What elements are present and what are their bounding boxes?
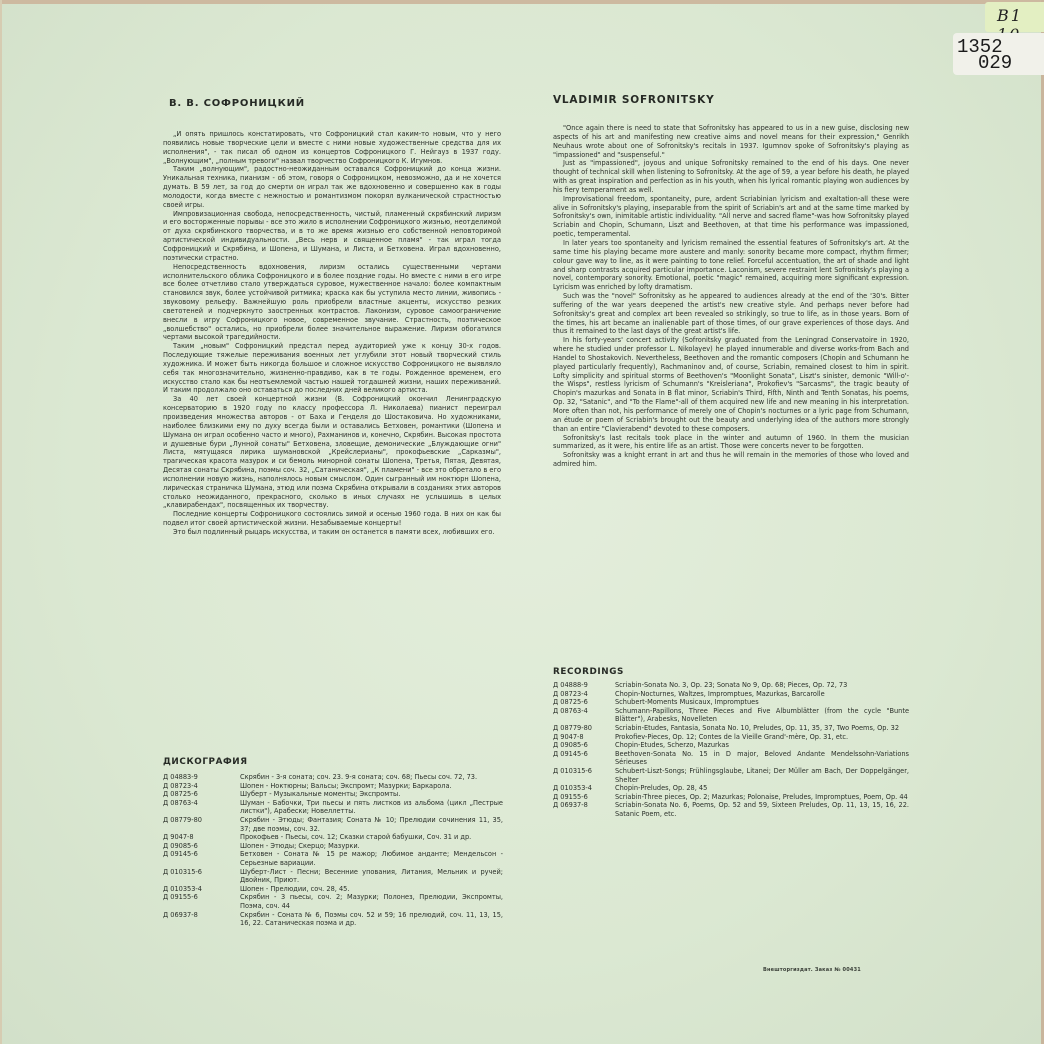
catalog-number: Д 08779-80 bbox=[163, 816, 240, 833]
catalog-sticker: 1352 029 bbox=[953, 33, 1044, 75]
paragraph: Таким „волнующим", радостно-неожиданным … bbox=[163, 165, 501, 209]
catalog-number: Д 09145-6 bbox=[553, 750, 615, 767]
recording-description: Шопен - Ноктюрны; Вальсы; Экспромт; Мазу… bbox=[240, 782, 503, 791]
catalog-number: Д 09085-6 bbox=[553, 741, 615, 750]
english-recordings-list: Д 04888-9Scriabin-Sonata No. 3, Op. 23; … bbox=[553, 681, 909, 819]
recording-description: Скрябин - Этюды; Фантазия; Соната № 10; … bbox=[240, 816, 503, 833]
paragraph: Таким „новым" Софроницкий предстал перед… bbox=[163, 342, 501, 395]
discography-entry: Д 9047-8Prokofiev-Pieces, Op. 12; Contes… bbox=[553, 733, 909, 742]
discography-entry: Д 010315-6Шуберт-Лист - Песни; Весенние … bbox=[163, 868, 503, 885]
discography-entry: Д 09085-6Chopin-Etudes, Scherzo, Mazurka… bbox=[553, 741, 909, 750]
discography-entry: Д 9047-8Прокофьев - Пьесы, соч. 12; Сказ… bbox=[163, 833, 503, 842]
recording-description: Scriabin-Sonata No. 3, Op. 23; Sonata No… bbox=[615, 681, 909, 690]
russian-discography-title: ДИСКОГРАФИЯ bbox=[163, 757, 248, 767]
recording-description: Beethoven-Sonata No. 15 in D major, Belo… bbox=[615, 750, 909, 767]
recording-description: Шопен - Этюды; Скерцо; Мазурки. bbox=[240, 842, 503, 851]
recording-description: Schubert-Moments Musicaux, Impromptues bbox=[615, 698, 909, 707]
discography-entry: Д 08725-6Шуберт - Музыкальные моменты; Э… bbox=[163, 790, 503, 799]
discography-entry: Д 09085-6Шопен - Этюды; Скерцо; Мазурки. bbox=[163, 842, 503, 851]
discography-entry: Д 010353-4Шопен - Прелюдии, соч. 28, 45. bbox=[163, 885, 503, 894]
catalog-number: Д 06937-8 bbox=[553, 801, 615, 818]
english-title: VLADIMIR SOFRONITSKY bbox=[553, 94, 715, 106]
discography-entry: Д 06937-8Scriabin-Sonata No. 6, Poems, O… bbox=[553, 801, 909, 818]
catalog-number: Д 09155-6 bbox=[553, 793, 615, 802]
recording-description: Шуберт - Музыкальные моменты; Экспромты. bbox=[240, 790, 503, 799]
paragraph: Импровизационная свобода, непосредственн… bbox=[163, 210, 501, 263]
sleeve-left-edge bbox=[0, 0, 2, 1044]
discography-entry: Д 08763-4Schumann-Papillons, Three Piece… bbox=[553, 707, 909, 724]
recording-description: Скрябин - Соната № 6, Поэмы соч. 52 и 59… bbox=[240, 911, 503, 928]
catalog-number: Д 04883-9 bbox=[163, 773, 240, 782]
catalog-number: Д 09155-6 bbox=[163, 893, 240, 910]
discography-entry: Д 010315-6Schubert-Liszt-Songs; Frühling… bbox=[553, 767, 909, 784]
recording-description: Шуман - Бабочки, Три пьесы и пять листко… bbox=[240, 799, 503, 816]
recording-description: Schumann-Papillons, Three Pieces and Fiv… bbox=[615, 707, 909, 724]
discography-entry: Д 04888-9Scriabin-Sonata No. 3, Op. 23; … bbox=[553, 681, 909, 690]
paragraph: За 40 лет своей концертной жизни (В. Соф… bbox=[163, 395, 501, 510]
paragraph: In later years too spontaneity and lyric… bbox=[553, 239, 909, 292]
catalog-number: Д 08725-6 bbox=[163, 790, 240, 799]
paragraph: „И опять пришлось констатировать, что Со… bbox=[163, 130, 501, 165]
discography-entry: Д 08723-4Шопен - Ноктюрны; Вальсы; Экспр… bbox=[163, 782, 503, 791]
catalog-number: Д 010315-6 bbox=[553, 767, 615, 784]
catalog-number: Д 010353-4 bbox=[163, 885, 240, 894]
paragraph: Such was the "novel" Sofronitsky as he a… bbox=[553, 292, 909, 336]
catalog-number: Д 010315-6 bbox=[163, 868, 240, 885]
paragraph: Sofronitsky's last recitals took place i… bbox=[553, 434, 909, 452]
recording-description: Chopin-Nocturnes, Waltzes, Impromptues, … bbox=[615, 690, 909, 699]
recording-description: Scriabin-Three pieces, Op. 2; Mazurkas; … bbox=[615, 793, 909, 802]
catalog-number: Д 09145-6 bbox=[163, 850, 240, 867]
discography-entry: Д 04883-9Скрябин - 3-я соната; соч. 23. … bbox=[163, 773, 503, 782]
catalog-number: Д 08763-4 bbox=[553, 707, 615, 724]
recording-description: Scriabin-Etudes, Fantasia, Sonata No. 10… bbox=[615, 724, 909, 733]
discography-entry: Д 09145-6Beethoven-Sonata No. 15 in D ma… bbox=[553, 750, 909, 767]
catalog-number: Д 09085-6 bbox=[163, 842, 240, 851]
paragraph: Непосредственность вдохновения, лиризм о… bbox=[163, 263, 501, 343]
discography-entry: Д 09155-6Скрябин - 3 пьесы, соч. 2; Мазу… bbox=[163, 893, 503, 910]
catalog-number: Д 06937-8 bbox=[163, 911, 240, 928]
recording-description: Прокофьев - Пьесы, соч. 12; Сказки старо… bbox=[240, 833, 503, 842]
russian-biography: „И опять пришлось констатировать, что Со… bbox=[163, 130, 501, 537]
recording-description: Скрябин - 3 пьесы, соч. 2; Мазурки; Поло… bbox=[240, 893, 503, 910]
sleeve-top-edge bbox=[0, 0, 1044, 4]
catalog-number: Д 08723-4 bbox=[553, 690, 615, 699]
paragraph: Последние концерты Софроницкого состояли… bbox=[163, 510, 501, 528]
catalog-number: Д 08763-4 bbox=[163, 799, 240, 816]
paragraph: "Once again there is need to state that … bbox=[553, 124, 909, 159]
recording-description: Шопен - Прелюдии, соч. 28, 45. bbox=[240, 885, 503, 894]
russian-title: В. В. СОФРОНИЦКИЙ bbox=[169, 98, 305, 109]
record-sleeve-back: В1 10 1352 029 В. В. СОФРОНИЦКИЙ „И опят… bbox=[0, 0, 1044, 1044]
english-recordings-title: RECORDINGS bbox=[553, 667, 624, 677]
discography-entry: Д 08779-80Scriabin-Etudes, Fantasia, Son… bbox=[553, 724, 909, 733]
discography-entry: Д 010353-4Chopin-Preludes, Op. 28, 45 bbox=[553, 784, 909, 793]
printer-imprint: Внешторгиздат. Заказ № 00431 bbox=[763, 967, 861, 973]
recording-description: Chopin-Preludes, Op. 28, 45 bbox=[615, 784, 909, 793]
recording-description: Prokofiev-Pieces, Op. 12; Contes de la V… bbox=[615, 733, 909, 742]
paragraph: Improvisational freedom, spontaneity, pu… bbox=[553, 195, 909, 239]
discography-entry: Д 08763-4Шуман - Бабочки, Три пьесы и пя… bbox=[163, 799, 503, 816]
recording-description: Бетховен - Соната № 15 ре мажор; Любимое… bbox=[240, 850, 503, 867]
paragraph: Just as "impassioned", joyous and unique… bbox=[553, 159, 909, 194]
recording-description: Шуберт-Лист - Песни; Весенние упования, … bbox=[240, 868, 503, 885]
catalog-number: Д 9047-8 bbox=[163, 833, 240, 842]
discography-entry: Д 08725-6Schubert-Moments Musicaux, Impr… bbox=[553, 698, 909, 707]
catalog-number-line2: 029 bbox=[978, 52, 1012, 74]
paragraph: Sofronitsky was a knight errant in art a… bbox=[553, 451, 909, 469]
paragraph: In his forty-years' concert activity (So… bbox=[553, 336, 909, 433]
catalog-number: Д 08725-6 bbox=[553, 698, 615, 707]
recording-description: Schubert-Liszt-Songs; Frühlingsglaube, L… bbox=[615, 767, 909, 784]
handwritten-sticker: В1 10 bbox=[985, 2, 1044, 32]
catalog-number: Д 08723-4 bbox=[163, 782, 240, 791]
english-biography: "Once again there is need to state that … bbox=[553, 124, 909, 469]
recording-description: Scriabin-Sonata No. 6, Poems, Op. 52 and… bbox=[615, 801, 909, 818]
catalog-number: Д 010353-4 bbox=[553, 784, 615, 793]
russian-discography-list: Д 04883-9Скрябин - 3-я соната; соч. 23. … bbox=[163, 773, 503, 928]
discography-entry: Д 09155-6Scriabin-Three pieces, Op. 2; M… bbox=[553, 793, 909, 802]
catalog-number: Д 08779-80 bbox=[553, 724, 615, 733]
catalog-number: Д 9047-8 bbox=[553, 733, 615, 742]
catalog-number: Д 04888-9 bbox=[553, 681, 615, 690]
paragraph: Это был подлинный рыцарь искусства, и та… bbox=[163, 528, 501, 537]
recording-description: Chopin-Etudes, Scherzo, Mazurkas bbox=[615, 741, 909, 750]
recording-description: Скрябин - 3-я соната; соч. 23. 9-я сонат… bbox=[240, 773, 503, 782]
discography-entry: Д 06937-8Скрябин - Соната № 6, Поэмы соч… bbox=[163, 911, 503, 928]
discography-entry: Д 08723-4Chopin-Nocturnes, Waltzes, Impr… bbox=[553, 690, 909, 699]
discography-entry: Д 08779-80Скрябин - Этюды; Фантазия; Сон… bbox=[163, 816, 503, 833]
discography-entry: Д 09145-6Бетховен - Соната № 15 ре мажор… bbox=[163, 850, 503, 867]
